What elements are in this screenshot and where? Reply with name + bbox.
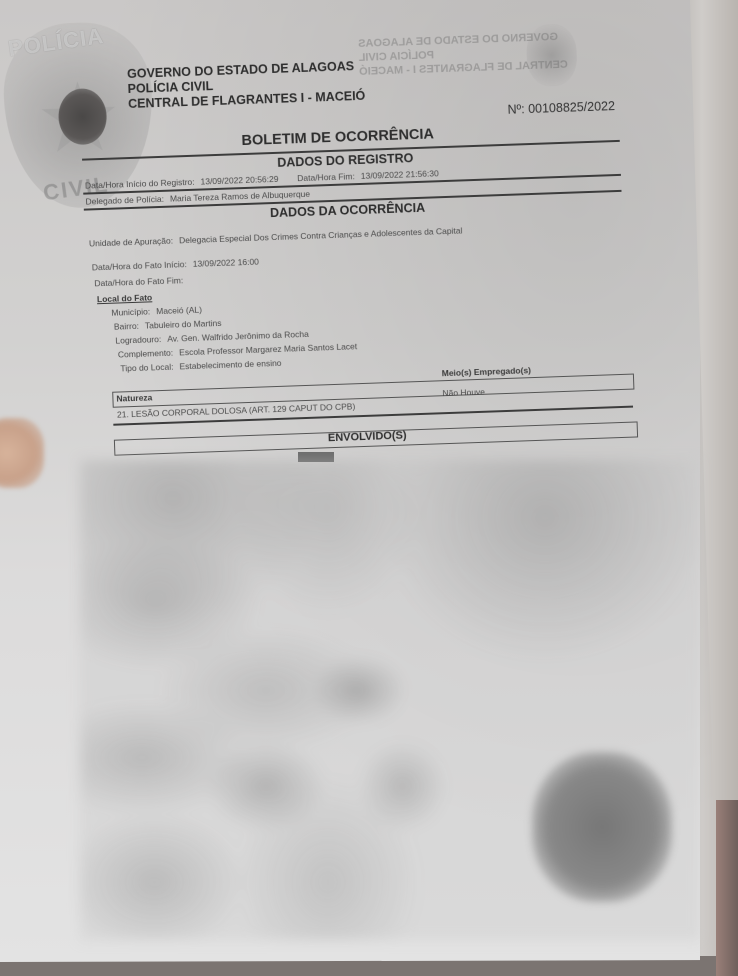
field-unidade: Unidade de Apuração:Delegacia Especial D… (89, 225, 463, 248)
field-fato-fim: Data/Hora do Fato Fim: (94, 275, 189, 288)
document-header: GOVERNO DO ESTADO DE ALAGOAS POLÍCIA CIV… (127, 59, 366, 112)
field-fato-inicio: Data/Hora do Fato Início:13/09/2022 16:0… (92, 257, 259, 273)
show-through-seal-icon (526, 23, 578, 87)
report-number: Nº: 00108825/2022 (507, 99, 615, 117)
natureza-column-header: Natureza (116, 392, 152, 403)
natureza-table-header (112, 374, 634, 408)
meios-column-header: Meio(s) Empregado(s) (442, 365, 532, 378)
report-number-label: Nº: (507, 102, 525, 117)
hand-edge-right (716, 800, 738, 976)
blurred-stamp-icon (532, 752, 672, 902)
local-do-fato-title: Local do Fato (97, 292, 153, 304)
table-row-meios: Não Houve (442, 387, 485, 398)
section-title-registro: DADOS DO REGISTRO (277, 151, 414, 170)
section-title-ocorrencia: DADOS DA OCORRÊNCIA (270, 201, 426, 220)
field-bairro: Bairro:Tabuleiro do Martins (114, 318, 222, 332)
report-number-value: 00108825/2022 (528, 99, 615, 116)
document-title: BOLETIM DE OCORRÊNCIA (241, 126, 434, 149)
field-municipio: Município:Maceió (AL) (111, 305, 202, 318)
field-tipo-local: Tipo do Local:Estabelecimento de ensino (120, 358, 281, 374)
finger-holding-paper (0, 418, 44, 488)
